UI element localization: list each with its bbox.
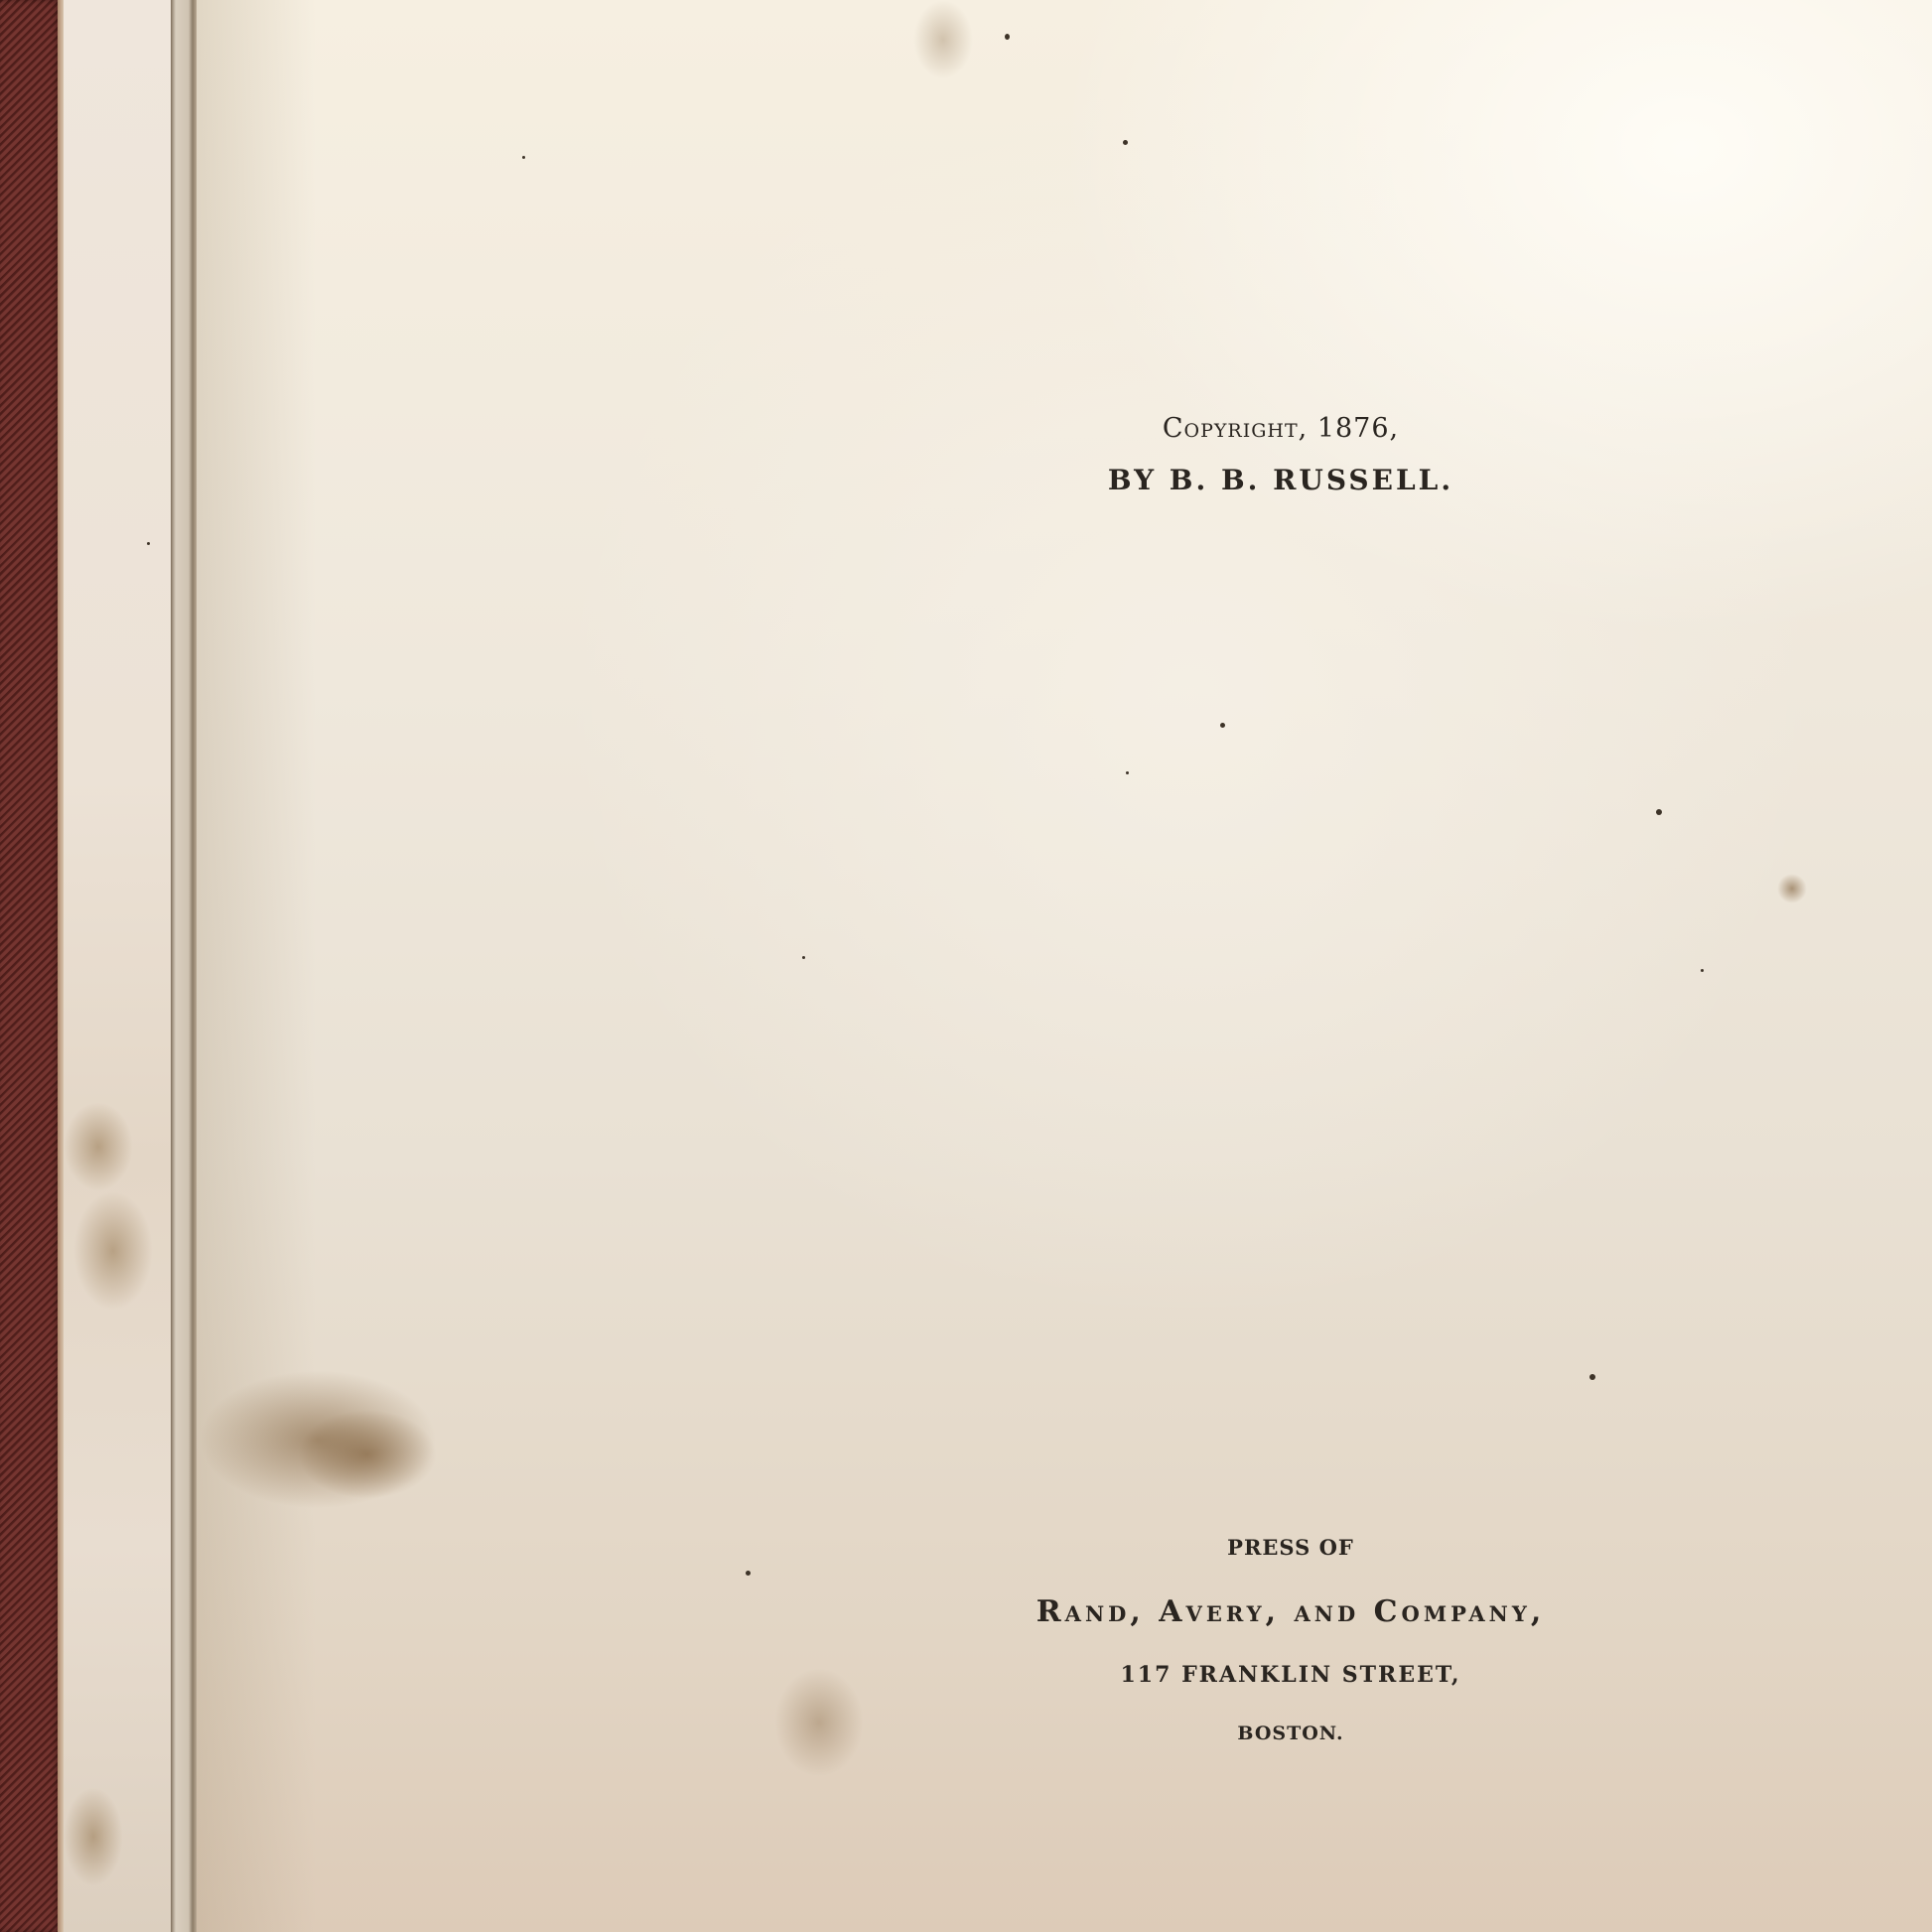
- printer-street: 117 FRANKLIN STREET,: [953, 1660, 1628, 1690]
- copyright-holder-line: BY B. B. RUSSELL.: [1072, 459, 1489, 502]
- foxing-stain: [1777, 874, 1807, 903]
- speck: [522, 156, 525, 159]
- copyright-year-line: Copyright, 1876,: [1072, 409, 1489, 449]
- book-cover-binding: [0, 0, 60, 1932]
- speck: [1589, 1374, 1595, 1380]
- speck: [1220, 723, 1225, 728]
- foxing-stain: [64, 1787, 123, 1886]
- foxing-stain: [298, 1410, 437, 1499]
- speck: [1126, 771, 1129, 774]
- foxing-stain: [64, 1102, 133, 1191]
- speck: [1123, 140, 1128, 145]
- printer-city: BOSTON.: [953, 1720, 1628, 1747]
- page-gutter-shadow: [197, 0, 316, 1932]
- speck: [147, 542, 150, 545]
- printer-imprint: PRESS OF Rand, Avery, and Company, 117 F…: [953, 1533, 1628, 1747]
- foxing-stain: [774, 1668, 864, 1777]
- speck: [802, 956, 805, 959]
- page-gutter: [171, 0, 197, 1932]
- speck: [1005, 34, 1010, 40]
- speck: [1701, 969, 1704, 972]
- foxing-stain: [73, 1191, 153, 1311]
- printer-company: Rand, Avery, and Company,: [953, 1592, 1628, 1632]
- speck: [746, 1571, 751, 1576]
- flyleaf-strip: [64, 0, 171, 1932]
- copyright-notice: Copyright, 1876, BY B. B. RUSSELL.: [1072, 409, 1489, 502]
- press-label: PRESS OF: [953, 1533, 1628, 1563]
- foxing-stain: [913, 0, 973, 79]
- speck: [1656, 809, 1662, 815]
